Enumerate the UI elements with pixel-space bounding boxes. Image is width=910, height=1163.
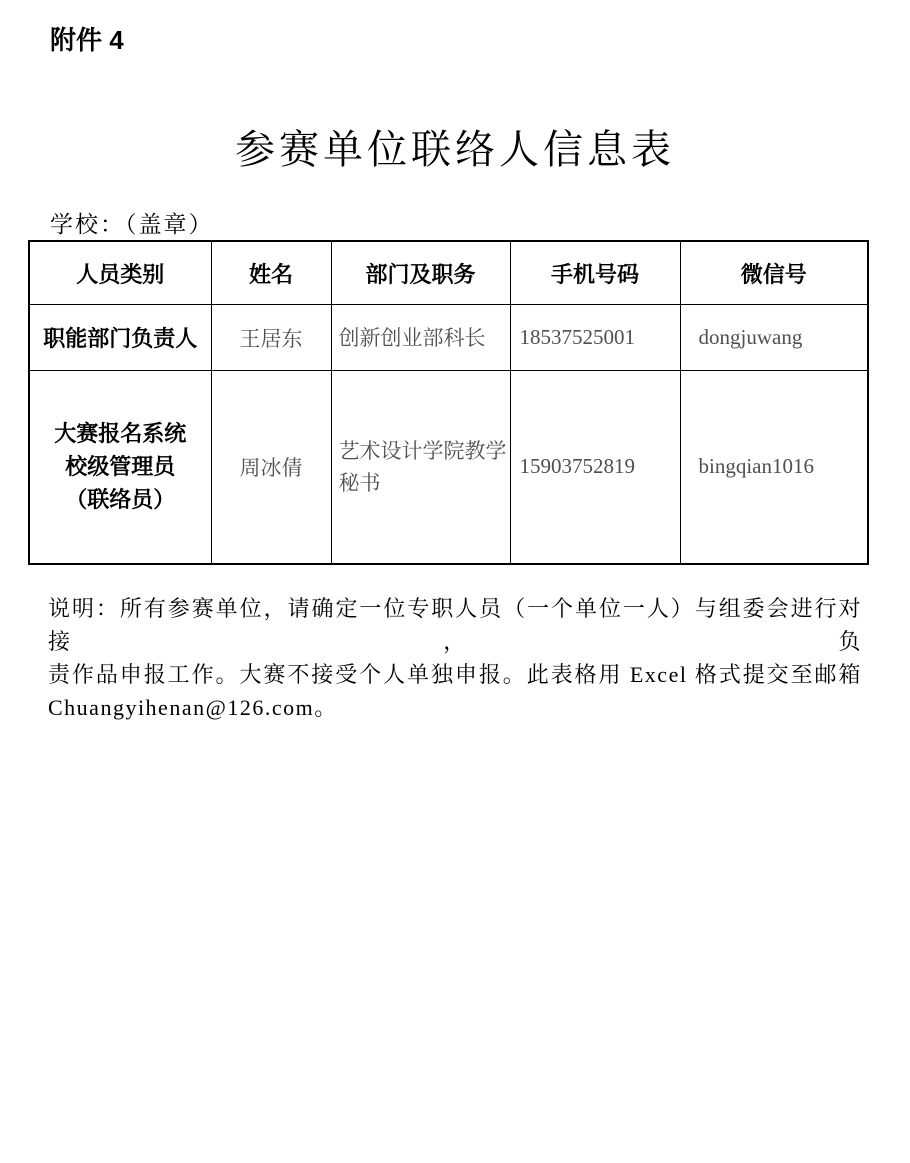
school-seal-line: 学校：（盖章） (50, 206, 214, 239)
header-name: 姓名 (211, 241, 331, 305)
header-personnel-category: 人员类别 (29, 241, 211, 305)
page-title: 参赛单位联络人信息表 (0, 118, 910, 175)
table-header-row: 人员类别 姓名 部门及职务 手机号码 微信号 (29, 241, 868, 305)
header-mobile-number: 手机号码 (510, 241, 680, 305)
name-cell: 王居东 (211, 305, 331, 371)
note-email-line: Chuangyihenan@126.com。 (48, 691, 862, 724)
department-cell: 艺术设计学院教学秘书 (331, 371, 510, 564)
header-department-position: 部门及职务 (331, 241, 510, 305)
table-row: 职能部门负责人 王居东 创新创业部科长 18537525001 dongjuwa… (29, 305, 868, 371)
header-wechat-id: 微信号 (680, 241, 868, 305)
name-cell: 周冰倩 (211, 371, 331, 564)
department-cell: 创新创业部科长 (331, 305, 510, 371)
phone-cell: 18537525001 (510, 305, 680, 371)
category-multiline-text: 大赛报名系统 校级管理员 （联络员） (30, 417, 211, 516)
table-row: 大赛报名系统 校级管理员 （联络员） 周冰倩 艺术设计学院教学秘书 159037… (29, 371, 868, 564)
contact-info-table: 人员类别 姓名 部门及职务 手机号码 微信号 职能部门负责人 王居东 创新创业部… (28, 240, 869, 565)
phone-cell: 15903752819 (510, 371, 680, 564)
category-cell: 大赛报名系统 校级管理员 （联络员） (29, 371, 211, 564)
category-cell: 职能部门负责人 (29, 305, 211, 371)
note-paragraph: 说明：所有参赛单位，请确定一位专职人员（一个单位一人）与组委会进行对接，负 责作… (48, 592, 862, 724)
wechat-cell: dongjuwang (680, 305, 868, 371)
document-page: 附件 4 参赛单位联络人信息表 学校：（盖章） 人员类别 姓名 部门及职务 手机… (0, 0, 910, 1163)
note-line: 责作品申报工作。大赛不接受个人单独申报。此表格用 Excel 格式提交至邮箱 (48, 658, 862, 691)
note-line: 说明：所有参赛单位，请确定一位专职人员（一个单位一人）与组委会进行对接，负 (48, 592, 862, 658)
wechat-cell: bingqian1016 (680, 371, 868, 564)
attachment-label: 附件 4 (50, 20, 124, 57)
